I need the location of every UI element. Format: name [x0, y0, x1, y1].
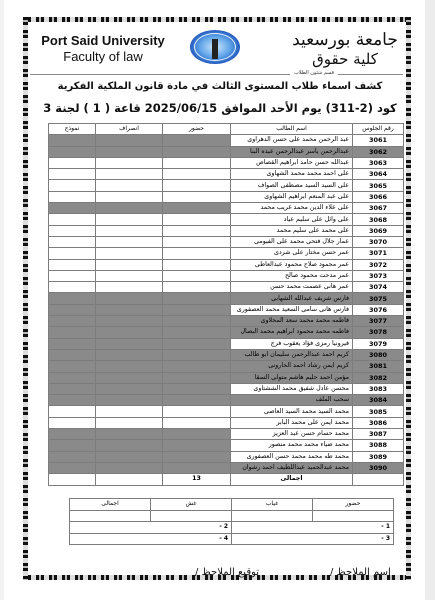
summary-header-total: اجمالى	[70, 499, 151, 511]
col-header-name: اسم الطالب	[231, 124, 353, 135]
col-header-form: نموذج	[49, 124, 96, 135]
departure-cell	[96, 462, 163, 473]
table-row: 3077فاطمه محمد محمد سعد المحلاوى	[49, 316, 404, 327]
form-cell	[49, 304, 96, 315]
form-cell	[49, 157, 96, 168]
form-cell	[49, 462, 96, 473]
summary-header-absence: غياب	[232, 499, 313, 511]
attendance-cell	[163, 451, 231, 462]
table-row: 3090محمد عبدالحميد عبداللطيف احمد رشوان	[49, 462, 404, 473]
attendance-cell	[163, 236, 231, 247]
seat-number: 3070	[353, 236, 404, 247]
seat-number: 3071	[353, 248, 404, 259]
table-row: 3068على وائل على سليم عياد	[49, 214, 404, 225]
departure-cell	[96, 440, 163, 451]
table-row: 3063عبدالله حسن حامد ابراهيم القصاص	[49, 157, 404, 168]
student-name: محمد عبدالحميد عبداللطيف احمد رشوان	[231, 462, 353, 473]
faculty-name-ar: كلية حقوق	[290, 50, 400, 68]
student-name: كريم ايمن رشاد احمد الحارونى	[231, 361, 353, 372]
form-cell	[49, 169, 96, 180]
summary-item-1: 1 -	[232, 522, 394, 534]
student-name: كريم احمد عبدالرحمن سليمان ابو طالب	[231, 349, 353, 360]
departure-cell	[96, 304, 163, 315]
table-row: 3064على احمد محمد محمد الشهاوى	[49, 169, 404, 180]
table-row: 3070عمار جلال فتحى محمد على الفيومى	[49, 236, 404, 247]
summary-item-4: 4 -	[70, 533, 232, 545]
table-row: 3074عمر هانى عصمت محمد حسن	[49, 282, 404, 293]
table-row: 3069على محمد على سليم محمد	[49, 225, 404, 236]
seat-number: 3088	[353, 440, 404, 451]
form-cell	[49, 406, 96, 417]
student-name: مؤمن احمد حليم هاشم متولى السقا	[231, 372, 353, 383]
seat-number: 3089	[353, 451, 404, 462]
col-header-seat: رقم الجلوس	[353, 124, 404, 135]
departure-cell	[96, 270, 163, 281]
attendance-cell	[163, 462, 231, 473]
form-cell	[49, 236, 96, 247]
table-row: 3088محمد ضياء محمد محمد منصور	[49, 440, 404, 451]
form-cell	[49, 282, 96, 293]
seat-number: 3064	[353, 169, 404, 180]
summary-total-value	[70, 510, 151, 522]
form-cell	[49, 203, 96, 214]
table-row: 3079فيرونيا رمزى فؤاد يعقوب فرج	[49, 338, 404, 349]
seat-number: 3068	[353, 214, 404, 225]
student-name: فاطمه محمد محمد سعد المحلاوى	[231, 316, 353, 327]
attendance-cell	[163, 327, 231, 338]
departure-cell	[96, 451, 163, 462]
form-cell	[49, 248, 96, 259]
department-label: قسم شئون الطلاب	[290, 70, 338, 76]
table-row: 3078فاطمه محمد محمود ابراهيم محمد البصال	[49, 327, 404, 338]
total-value: 13	[163, 474, 231, 485]
departure-cell	[96, 383, 163, 394]
form-cell	[49, 259, 96, 270]
summary-attendance-value	[313, 510, 394, 522]
header-arabic: جامعة بورسعيد كلية حقوق	[290, 30, 400, 68]
seat-number: 3063	[353, 157, 404, 168]
attendance-cell	[163, 372, 231, 383]
form-cell	[49, 214, 96, 225]
form-cell	[49, 440, 96, 451]
form-cell	[49, 316, 96, 327]
seat-number: 3082	[353, 372, 404, 383]
departure-cell	[96, 282, 163, 293]
form-cell	[49, 225, 96, 236]
seat-number: 3079	[353, 338, 404, 349]
student-name: على احمد محمد محمد الشهاوى	[231, 169, 353, 180]
attendance-cell	[163, 180, 231, 191]
table-row: 3061عبد الرحمن محمد على حسن الدهراوى	[49, 135, 404, 146]
seat-number: 3087	[353, 429, 404, 440]
attendance-cell	[163, 214, 231, 225]
seat-number: 3085	[353, 406, 404, 417]
student-name: فارس هانى سامى السعيد محمد العصفورى	[231, 304, 353, 315]
form-cell	[49, 146, 96, 157]
attendance-cell	[163, 157, 231, 168]
attendance-cell	[163, 304, 231, 315]
form-cell	[49, 361, 96, 372]
student-name: فارس شريف عبدالله الشهابى	[231, 293, 353, 304]
seat-number: 3081	[353, 361, 404, 372]
university-logo-icon	[190, 30, 240, 64]
seat-number: 3078	[353, 327, 404, 338]
departure-cell	[96, 327, 163, 338]
departure-cell	[96, 429, 163, 440]
student-name: على السيد السيد مصطفى الصواف	[231, 180, 353, 191]
attendance-cell	[163, 270, 231, 281]
attendance-cell	[163, 429, 231, 440]
attendance-cell	[163, 338, 231, 349]
departure-cell	[96, 338, 163, 349]
attendance-cell	[163, 395, 231, 406]
departure-cell	[96, 135, 163, 146]
summary-values-row	[70, 510, 394, 522]
table-row: 3072عمر محمود صلاح محمود عبدالعاطى	[49, 259, 404, 270]
seat-number: 3061	[353, 135, 404, 146]
table-row: 3080كريم احمد عبدالرحمن سليمان ابو طالب	[49, 349, 404, 360]
table-row: 3073عمر مدحت محمود صالح	[49, 270, 404, 281]
student-name: عمر مدحت محمود صالح	[231, 270, 353, 281]
seat-number: 3062	[353, 146, 404, 157]
table-row: 3083محسن عادل شفيق محمد الششتاوى	[49, 383, 404, 394]
attendance-cell	[163, 259, 231, 270]
student-name: محمد السيد محمد السيد العاصى	[231, 406, 353, 417]
attendance-cell	[163, 146, 231, 157]
departure-cell	[96, 417, 163, 428]
table-row: 3086محمد ايمن على محمد البابر	[49, 417, 404, 428]
seat-number: 3077	[353, 316, 404, 327]
attendance-cell	[163, 203, 231, 214]
attendance-cell	[163, 169, 231, 180]
seat-number: 3065	[353, 180, 404, 191]
attendance-cell	[163, 191, 231, 202]
seat-number: 3069	[353, 225, 404, 236]
departure-cell	[96, 169, 163, 180]
table-row: 3085محمد السيد محمد السيد العاصى	[49, 406, 404, 417]
seat-number: 3086	[353, 417, 404, 428]
summary-cheating-value	[151, 510, 232, 522]
summary-list-row: 3 - 4 -	[70, 533, 394, 545]
table-row: 3062عبدالرحمن ياسر عبدالرحمن عبده البنا	[49, 146, 404, 157]
table-row: 3067على علاء الدين محمد غريب محمد	[49, 203, 404, 214]
form-cell	[49, 270, 96, 281]
form-cell	[49, 338, 96, 349]
total-row: اجمالى 13	[49, 474, 404, 485]
departure-cell	[96, 191, 163, 202]
university-name-en: Port Said University	[38, 33, 168, 49]
attendance-cell	[163, 361, 231, 372]
form-cell	[49, 395, 96, 406]
document-title: كشف اسماء طلاب المستوى الثالث في مادة قا…	[40, 81, 400, 92]
table-row: 3087محمد حسام حسن عبد العزيز	[49, 429, 404, 440]
table-row: 3084سحب الملف	[49, 395, 404, 406]
seat-number: 3074	[353, 282, 404, 293]
form-cell	[49, 383, 96, 394]
departure-cell	[96, 361, 163, 372]
table-row: 3076فارس هانى سامى السعيد محمد العصفورى	[49, 304, 404, 315]
student-name: فاطمه محمد محمود ابراهيم محمد البصال	[231, 327, 353, 338]
header-english: Port Said University Faculty of law	[38, 33, 168, 65]
student-name: على وائل على سليم عياد	[231, 214, 353, 225]
table-row: 3066على عبد المنعم ابراهيم الشهاوى	[49, 191, 404, 202]
summary-item-3: 3 -	[232, 533, 394, 545]
departure-cell	[96, 248, 163, 259]
departure-cell	[96, 293, 163, 304]
departure-cell	[96, 146, 163, 157]
departure-cell	[96, 180, 163, 191]
seat-number: 3073	[353, 270, 404, 281]
attendance-cell	[163, 225, 231, 236]
form-cell	[49, 349, 96, 360]
departure-cell	[96, 214, 163, 225]
summary-list-row: 1 - 2 -	[70, 522, 394, 534]
exam-info: كود (2-311) يوم الأحد الموافق 2025/06/15…	[40, 101, 400, 115]
total-seat-cell	[353, 474, 404, 485]
seat-number: 3083	[353, 383, 404, 394]
observer-name-label: اسم الملاحظ /	[330, 567, 391, 578]
departure-cell	[96, 157, 163, 168]
form-cell	[49, 327, 96, 338]
departure-cell	[96, 406, 163, 417]
total-form-cell	[49, 474, 96, 485]
table-row: 3075فارس شريف عبدالله الشهابى	[49, 293, 404, 304]
seat-number: 3072	[353, 259, 404, 270]
faculty-name-en: Faculty of law	[38, 49, 168, 65]
table-row: 3071عمر حسن مختار على شردى	[49, 248, 404, 259]
total-departure-cell	[96, 474, 163, 485]
university-name-ar: جامعة بورسعيد	[290, 30, 400, 50]
seat-number: 3076	[353, 304, 404, 315]
attendance-cell	[163, 135, 231, 146]
form-cell	[49, 451, 96, 462]
col-header-attendance: حضور	[163, 124, 231, 135]
seat-number: 3080	[353, 349, 404, 360]
student-name: عمر حسن مختار على شردى	[231, 248, 353, 259]
student-name: على علاء الدين محمد غريب محمد	[231, 203, 353, 214]
departure-cell	[96, 203, 163, 214]
col-header-departure: انصراف	[96, 124, 163, 135]
departure-cell	[96, 395, 163, 406]
summary-item-2: 2 -	[70, 522, 232, 534]
student-name: محمد حسام حسن عبد العزيز	[231, 429, 353, 440]
attendance-cell	[163, 406, 231, 417]
attendance-cell	[163, 282, 231, 293]
scrollbar-track[interactable]	[425, 0, 435, 600]
attendance-cell	[163, 248, 231, 259]
summary-header-row: حضور غياب غش اجمالى	[70, 499, 394, 511]
table-header-row: رقم الجلوس اسم الطالب حضور انصراف نموذج	[49, 124, 404, 135]
form-cell	[49, 372, 96, 383]
seat-number: 3084	[353, 395, 404, 406]
student-name: محمد طه محمد محمد حسن العصفورى	[231, 451, 353, 462]
summary-absence-value	[232, 510, 313, 522]
form-cell	[49, 135, 96, 146]
departure-cell	[96, 259, 163, 270]
form-cell	[49, 180, 96, 191]
seat-number: 3075	[353, 293, 404, 304]
attendance-cell	[163, 316, 231, 327]
header-divider	[30, 74, 403, 75]
summary-header-attendance: حضور	[313, 499, 394, 511]
student-name: عمار جلال فتحى محمد على الفيومى	[231, 236, 353, 247]
form-cell	[49, 293, 96, 304]
departure-cell	[96, 225, 163, 236]
table-row: 3089محمد طه محمد محمد حسن العصفورى	[49, 451, 404, 462]
departure-cell	[96, 349, 163, 360]
summary-table: حضور غياب غش اجمالى 1 - 2 - 3 - 4 -	[69, 498, 394, 545]
student-name: عمر محمود صلاح محمود عبدالعاطى	[231, 259, 353, 270]
student-name: محسن عادل شفيق محمد الششتاوى	[231, 383, 353, 394]
seat-number: 3067	[353, 203, 404, 214]
student-name: فيرونيا رمزى فؤاد يعقوب فرج	[231, 338, 353, 349]
student-name: عمر هانى عصمت محمد حسن	[231, 282, 353, 293]
table-body: 3061عبد الرحمن محمد على حسن الدهراوى3062…	[49, 135, 404, 474]
attendance-cell	[163, 417, 231, 428]
attendance-cell	[163, 383, 231, 394]
form-cell	[49, 429, 96, 440]
table-row: 3065على السيد السيد مصطفى الصواف	[49, 180, 404, 191]
form-cell	[49, 417, 96, 428]
attendance-cell	[163, 349, 231, 360]
form-cell	[49, 191, 96, 202]
student-name: عبدالرحمن ياسر عبدالرحمن عبده البنا	[231, 146, 353, 157]
page-margin-left	[0, 0, 4, 600]
table-row: 3082مؤمن احمد حليم هاشم متولى السقا	[49, 372, 404, 383]
student-name: عبدالله حسن حامد ابراهيم القصاص	[231, 157, 353, 168]
student-name: محمد ضياء محمد محمد منصور	[231, 440, 353, 451]
student-name: عبد الرحمن محمد على حسن الدهراوى	[231, 135, 353, 146]
seat-number: 3090	[353, 462, 404, 473]
summary-header-cheating: غش	[151, 499, 232, 511]
observer-signature-label: توقيع الملاحظ /	[195, 567, 259, 578]
departure-cell	[96, 236, 163, 247]
student-name: سحب الملف	[231, 395, 353, 406]
attendance-cell	[163, 293, 231, 304]
student-name: على عبد المنعم ابراهيم الشهاوى	[231, 191, 353, 202]
departure-cell	[96, 372, 163, 383]
total-label: اجمالى	[231, 474, 353, 485]
seat-number: 3066	[353, 191, 404, 202]
students-table: رقم الجلوس اسم الطالب حضور انصراف نموذج …	[48, 123, 404, 486]
attendance-cell	[163, 440, 231, 451]
student-name: على محمد على سليم محمد	[231, 225, 353, 236]
table-row: 3081كريم ايمن رشاد احمد الحارونى	[49, 361, 404, 372]
departure-cell	[96, 316, 163, 327]
student-name: محمد ايمن على محمد البابر	[231, 417, 353, 428]
